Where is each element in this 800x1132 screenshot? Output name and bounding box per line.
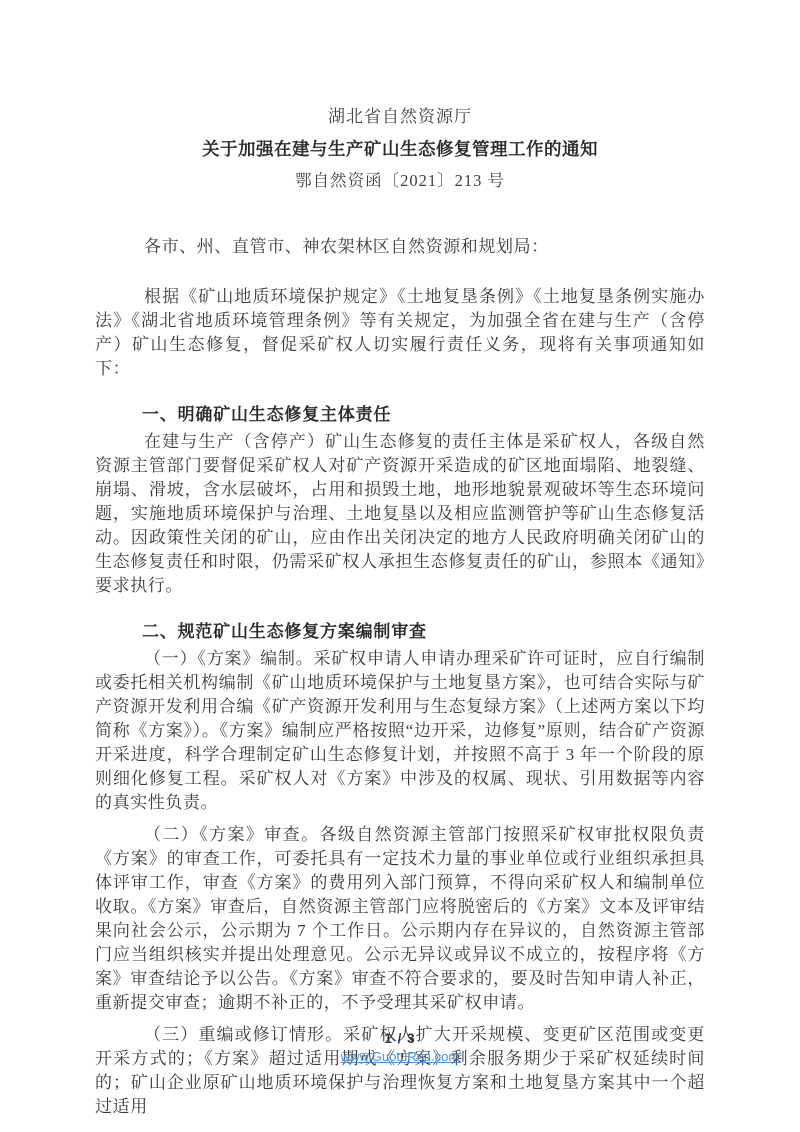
section-2-paragraph-1: （一）《方案》编制。采矿权申请人申请办理采矿许可证时，应自行编制或委托相关机构编… [95,647,705,815]
section-1-heading: 一、明确矿山生态修复主体责任 [95,403,705,427]
intro-paragraph: 根据《矿山地质环境保护规定》《土地复垦条例》《土地复垦条例实施办法》《湖北省地质… [95,285,705,381]
page-footer: 1 / 3 www.GuotuRen.com [0,1030,800,1066]
section-2-paragraph-2: （二）《方案》审查。各级自然资源主管部门按照采矿权审批权限负责《方案》的审查工作… [95,823,705,1015]
page-number-indicator: 1 / 3 [0,1030,800,1048]
organization-title: 湖北省自然资源厅 [95,104,705,130]
section-2-heading: 二、规范矿山生态修复方案编制审查 [95,620,705,644]
document-page: 湖北省自然资源厅 关于加强在建与生产矿山生态修复管理工作的通知 鄂自然资函〔20… [0,0,800,1132]
section-1-paragraph-1: 在建与生产（含停产）矿山生态修复的责任主体是采矿权人，各级自然资源主管部门要督促… [95,430,705,598]
document-title: 关于加强在建与生产矿山生态修复管理工作的通知 [95,136,705,162]
salutation: 各市、州、直管市、神农架林区自然资源和规划局： [95,234,705,259]
document-content: 湖北省自然资源厅 关于加强在建与生产矿山生态修复管理工作的通知 鄂自然资函〔20… [0,0,800,1119]
footer-website-link[interactable]: www.GuotuRen.com [341,1048,460,1066]
document-number: 鄂自然资函〔2021〕213 号 [95,168,705,194]
